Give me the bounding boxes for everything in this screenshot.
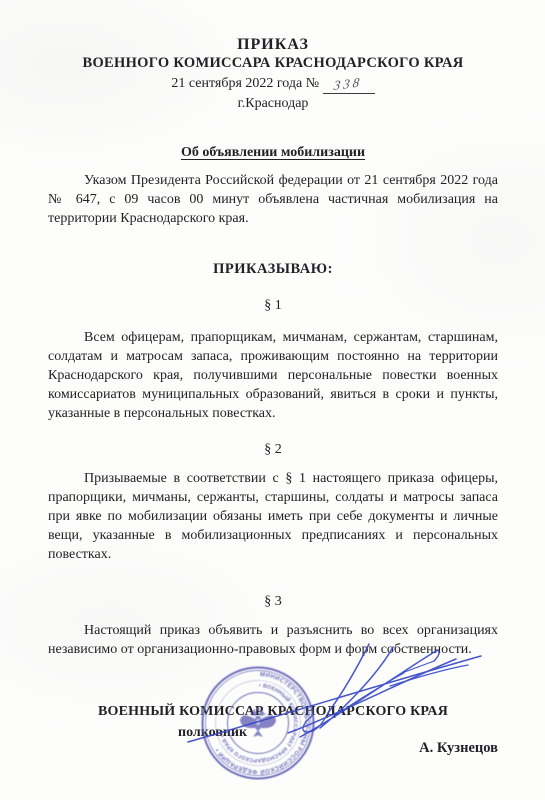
section-3-text: Настоящий приказ объявить и разъяснить в… [48, 621, 498, 659]
section-3-mark: § 3 [48, 592, 498, 611]
order-date-prefix: 21 сентября 2022 года № [171, 76, 319, 91]
document-page: ПРИКАЗ ВОЕННОГО КОМИССАРА КРАСНОДАРСКОГО… [0, 0, 545, 800]
order-number-field: 338 [323, 73, 375, 94]
order-date-line: 21 сентября 2022 года № 338 [48, 73, 498, 94]
section-2-mark: § 2 [48, 440, 498, 459]
section-2-text: Призываемые в соответствии с § 1 настоящ… [48, 469, 498, 564]
signature-name: А. Кузнецов [48, 739, 498, 758]
section-1-mark: § 1 [48, 296, 498, 315]
order-issuer: ВОЕННОГО КОМИССАРА КРАСНОДАРСКОГО КРАЯ [48, 54, 498, 73]
section-1-text: Всем офицерам, прапорщикам, мичманам, се… [48, 328, 498, 423]
order-word: ПРИКАЗЫВАЮ: [48, 260, 498, 279]
order-preamble: Указом Президента Российской федерации о… [48, 171, 498, 228]
document-content: ПРИКАЗ ВОЕННОГО КОМИССАРА КРАСНОДАРСКОГО… [48, 0, 498, 758]
signature-position-title: ВОЕННЫЙ КОМИССАР КРАСНОДАРСКОГО КРАЯ [48, 702, 498, 721]
order-subject: Об объявлении мобилизации [48, 143, 498, 162]
order-number-handwritten: 338 [333, 72, 364, 95]
order-city: г.Краснодар [48, 94, 498, 113]
order-title: ПРИКАЗ [48, 0, 498, 54]
